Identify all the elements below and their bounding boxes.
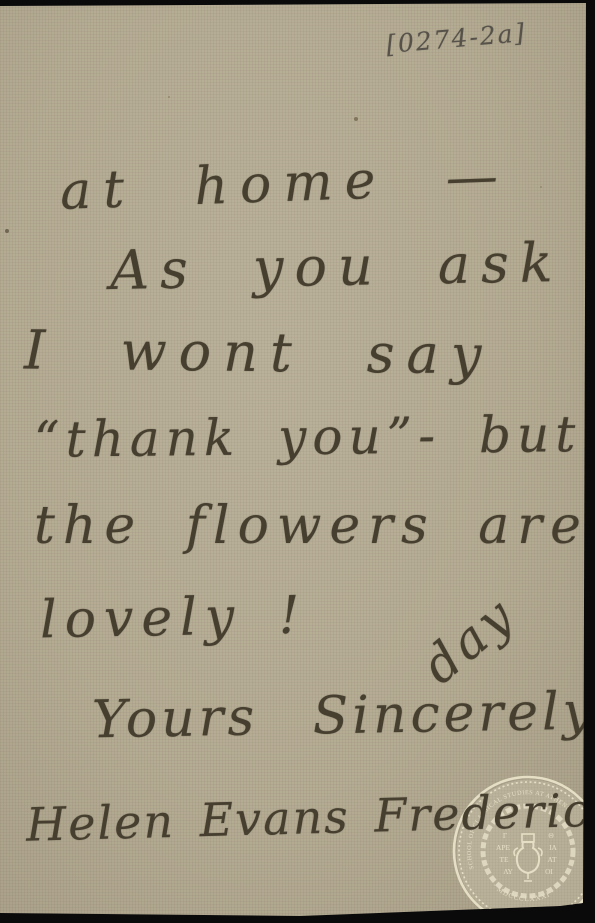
handwriting-line: at home — <box>59 150 510 218</box>
scan-background: [0274-2a] SCHOOL OF CLASSICAL STUDIES AT… <box>0 0 595 923</box>
handwriting-line: the flowers are <box>34 500 589 552</box>
signature-line: Helen Evans Frederick <box>25 786 595 848</box>
paper-speck <box>0 0 2 2</box>
closing-line: Yours Sincerely <box>92 686 595 747</box>
handwriting-line: “thank you”- but <box>34 409 582 465</box>
svg-text:ΑΤ: ΑΤ <box>547 855 557 864</box>
svg-text:ΙΑ: ΙΑ <box>549 843 557 852</box>
handwriting-line: lovely ! <box>40 590 308 647</box>
letter-paper: [0274-2a] SCHOOL OF CLASSICAL STUDIES AT… <box>0 0 595 923</box>
catalog-annotation: [0274-2a] <box>385 18 527 59</box>
handwriting-line: I wont say <box>24 324 494 383</box>
svg-text:ΑΡΕ: ΑΡΕ <box>496 843 510 852</box>
svg-text:ΟΙ: ΟΙ <box>545 867 553 876</box>
diagonal-word: day <box>414 588 524 692</box>
handwriting-line: As you ask <box>110 236 564 298</box>
svg-text:ΛΥ: ΛΥ <box>503 867 513 876</box>
svg-text:ΤΕ: ΤΕ <box>499 855 509 864</box>
